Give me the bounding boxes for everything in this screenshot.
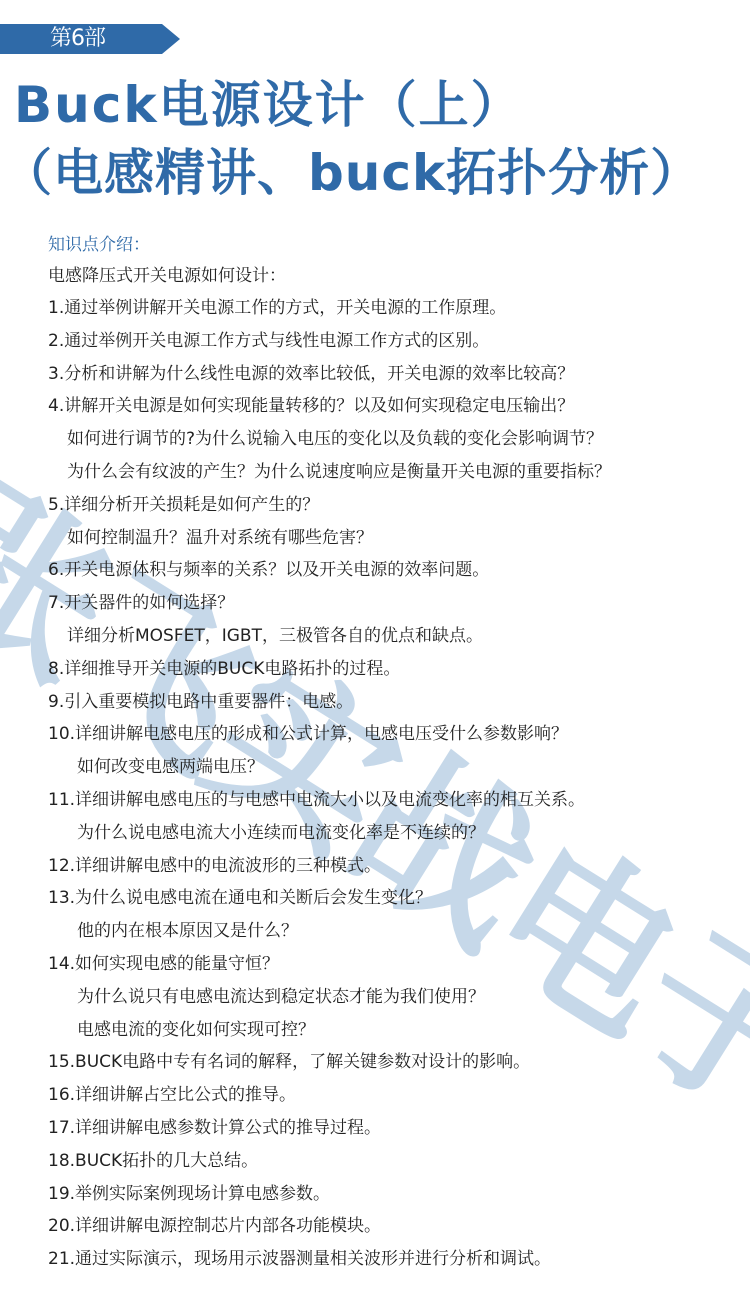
list-item: 16.详细讲解占空比公式的推导。 [48,1079,730,1112]
list-item: 15.BUCK电路中专有名词的解释，了解关键参数对设计的影响。 [48,1046,730,1079]
intro-text: 电感降压式开关电源如何设计： [48,260,730,292]
list-item: 11.详细讲解电感电压的与电感中电流大小以及电流变化率的相互关系。 [48,784,730,817]
list-item: 18.BUCK拓扑的几大总结。 [48,1145,730,1178]
list-item: 9.引入重要模拟电路中重要器件：电感。 [48,686,730,719]
list-item-continuation: 详细分析MOSFET，IGBT，三极管各自的优点和缺点。 [48,620,730,653]
list-item: 1.通过举例讲解开关电源工作的方式，开关电源的工作原理。 [48,292,730,325]
list-item: 20.详细讲解电源控制芯片内部各功能模块。 [48,1210,730,1243]
list-item: 17.详细讲解电感参数计算公式的推导过程。 [48,1112,730,1145]
page-subtitle: （电感精讲、buck拓扑分析） [2,138,701,208]
list-item: 4.讲解开关电源是如何实现能量转移的？以及如何实现稳定电压输出？ [48,390,730,423]
content-body: 知识点介绍： 电感降压式开关电源如何设计： 1.通过举例讲解开关电源工作的方式，… [48,230,730,1276]
list-item: 7.开关器件的如何选择？ [48,587,730,620]
list-item: 2.通过举例开关电源工作方式与线性电源工作方式的区别。 [48,325,730,358]
list-item-continuation: 如何改变电感两端电压？ [48,751,730,784]
list-item-continuation: 电感电流的变化如何实现可控？ [48,1014,730,1047]
topic-list: 1.通过举例讲解开关电源工作的方式，开关电源的工作原理。 2.通过举例开关电源工… [48,292,730,1276]
list-item: 21.通过实际演示，现场用示波器测量相关波形并进行分析和调试。 [48,1243,730,1276]
list-item: 5.详细分析开关损耗是如何产生的？ [48,489,730,522]
list-item: 8.详细推导开关电源的BUCK电路拓扑的过程。 [48,653,730,686]
list-item-continuation: 如何进行调节的?为什么说输入电压的变化以及负载的变化会影响调节？ [48,423,730,456]
list-item-continuation: 为什么说电感电流大小连续而电流变化率是不连续的？ [48,817,730,850]
section-banner: 第6部 [0,24,180,54]
section-label: 知识点介绍： [48,230,730,260]
list-item: 6.开关电源体积与频率的关系？以及开关电源的效率问题。 [48,554,730,587]
page-title: Buck电源设计（上） [14,70,523,140]
list-item: 19.举例实际案例现场计算电感参数。 [48,1178,730,1211]
list-item-continuation: 为什么说只有电感电流达到稳定状态才能为我们使用？ [48,981,730,1014]
list-item: 10.详细讲解电感电压的形成和公式计算，电感电压受什么参数影响？ [48,718,730,751]
list-item-continuation: 为什么会有纹波的产生？为什么说速度响应是衡量开关电源的重要指标？ [48,456,730,489]
list-item: 13.为什么说电感电流在通电和关断后会发生变化？ [48,882,730,915]
banner-label: 第6部 [50,24,105,54]
list-item: 3.分析和讲解为什么线性电源的效率比较低，开关电源的效率比较高？ [48,358,730,391]
list-item-continuation: 如何控制温升？温升对系统有哪些危害？ [48,522,730,555]
list-item: 14.如何实现电感的能量守恒？ [48,948,730,981]
list-item-continuation: 他的内在根本原因又是什么？ [48,915,730,948]
list-item: 12.详细讲解电感中的电流波形的三种模式。 [48,850,730,883]
